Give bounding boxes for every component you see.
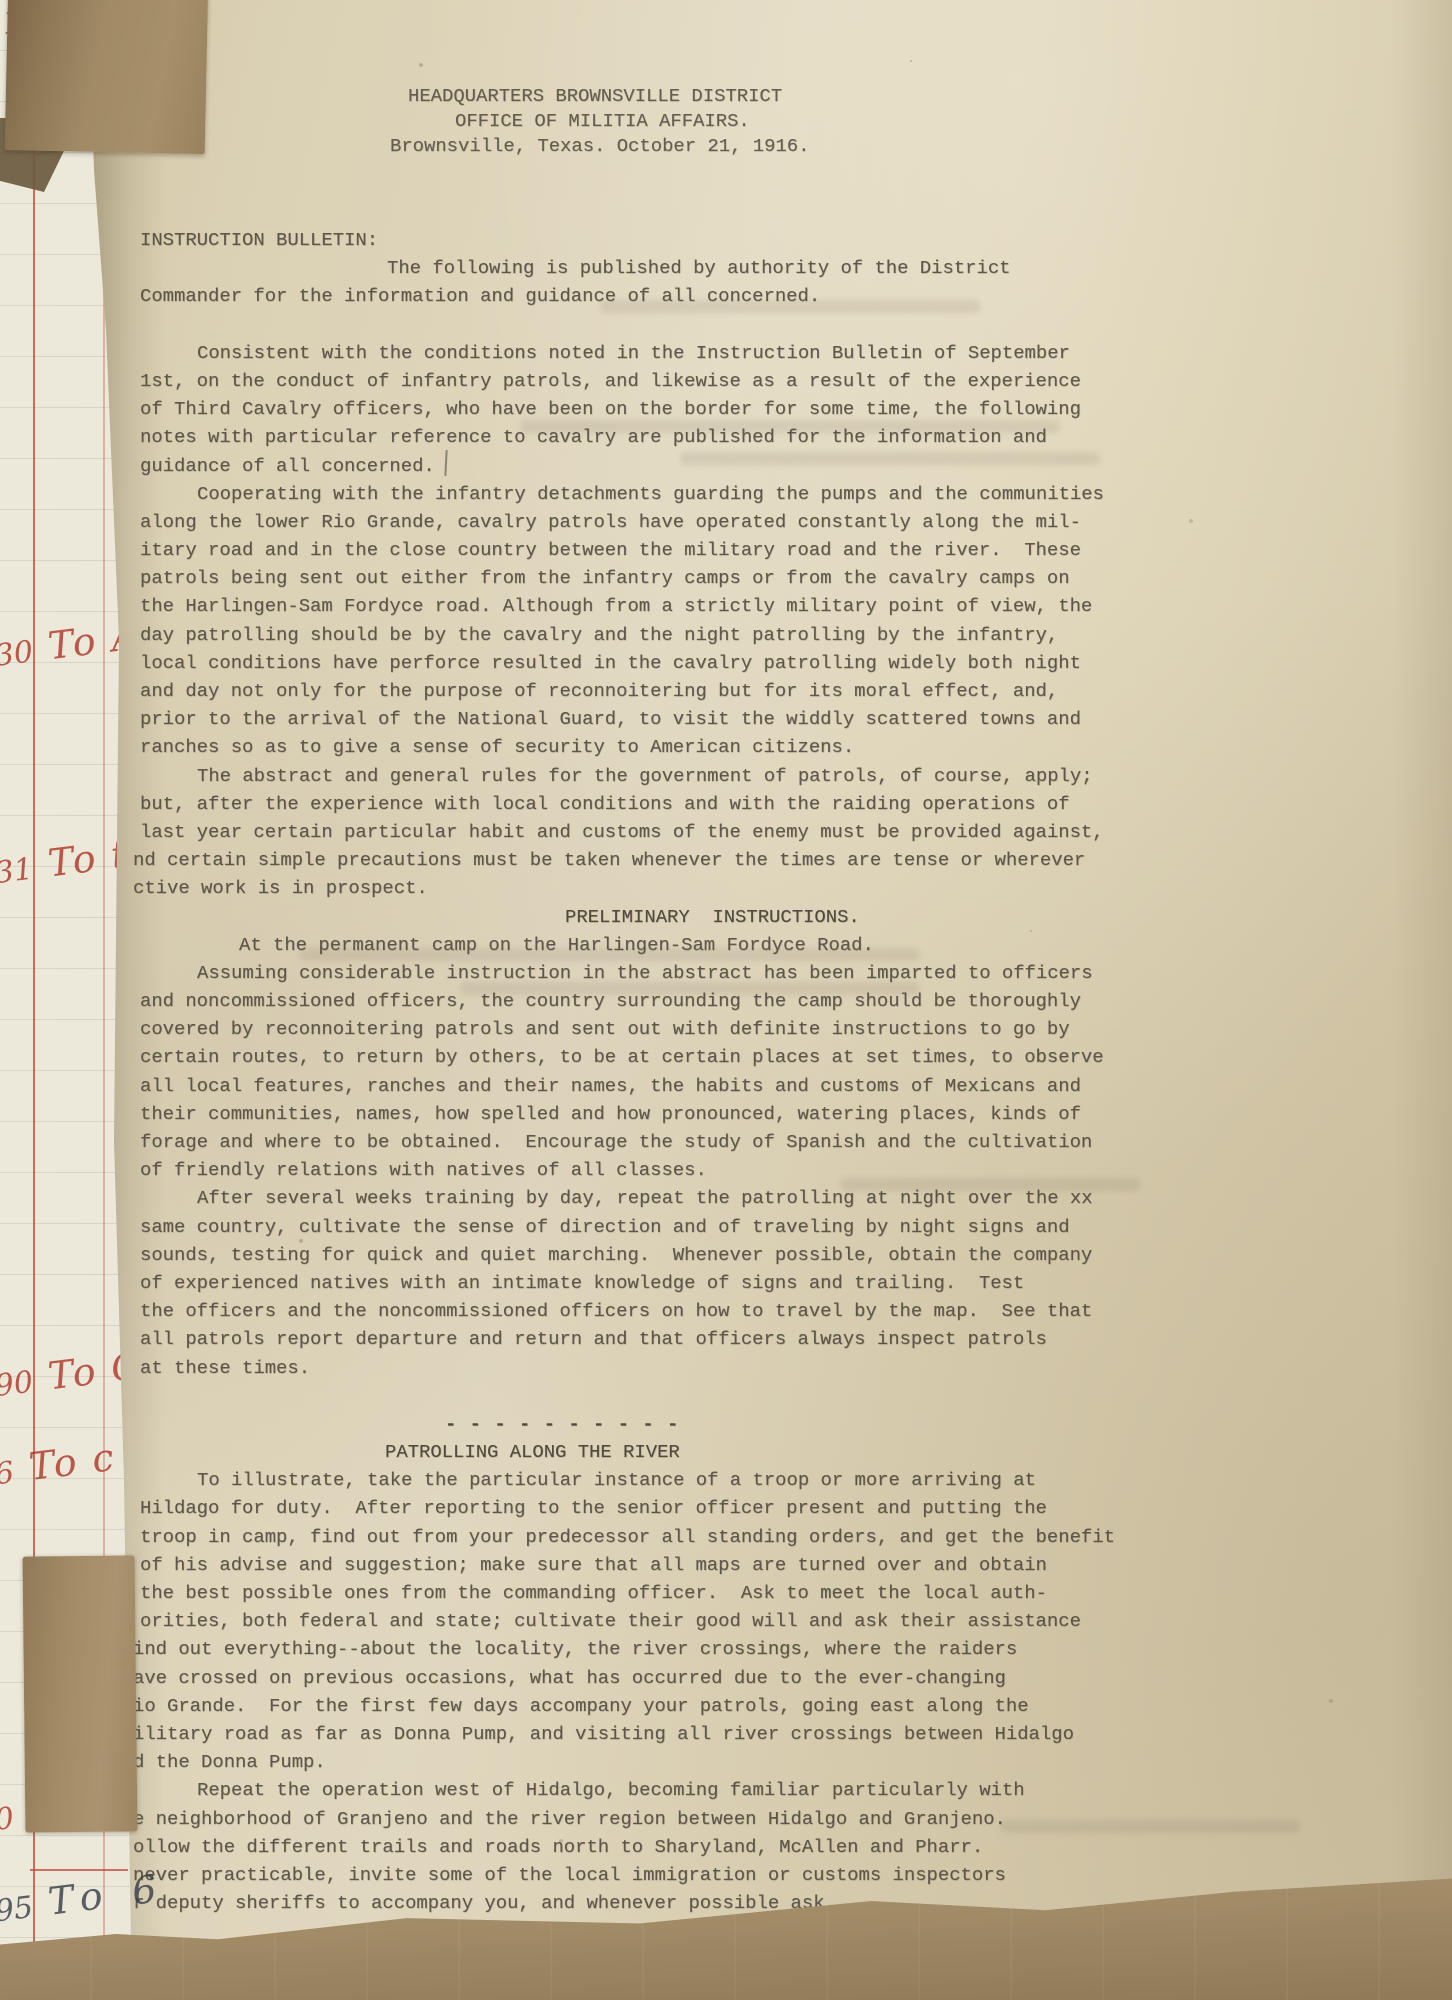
typed-line: forage and where to be obtained. Encoura… (140, 1128, 1200, 1156)
document-header: HEADQUARTERS BROWNSVILLE DISTRICT OFFICE… (140, 84, 1240, 159)
header-line-dateline: Brownsville, Texas. October 21, 1916. (140, 134, 1240, 159)
typed-line: itary road and in the close country betw… (140, 536, 1200, 564)
typed-line: day patrolling should be by the cavalry … (140, 621, 1200, 649)
typed-line: of friendly relations with natives of al… (140, 1156, 1200, 1184)
typed-line: Consistent with the conditions noted in … (140, 339, 1200, 367)
typed-line: never practicable, invite some of the lo… (133, 1861, 1200, 1889)
typed-line: notes with particular reference to caval… (140, 423, 1200, 451)
header-line-unit: HEADQUARTERS BROWNSVILLE DISTRICT (140, 84, 1240, 109)
typed-line: the Harlingen-Sam Fordyce road. Although… (140, 592, 1200, 620)
typed-line: and noncommissioned officers, the countr… (140, 987, 1200, 1015)
typed-line: ctive work is in prospect. (133, 874, 1200, 902)
typed-line: ranches so as to give a sense of securit… (140, 733, 1200, 761)
typed-line: Repeat the operation west of Hidalgo, be… (140, 1776, 1200, 1804)
typed-line: all patrols report departure and return … (140, 1325, 1200, 1353)
typed-line: patrols being sent out either from the i… (140, 564, 1200, 592)
typed-line: e neighborhood of Granjeno and the river… (133, 1805, 1200, 1833)
typed-line: guidance of all concerned. (140, 452, 1200, 480)
typed-line: PRELIMINARY INSTRUCTIONS. (140, 903, 1200, 931)
typed-line: orities, both federal and state; cultiva… (140, 1607, 1200, 1635)
typed-line: ind out everything--about the locality, … (133, 1635, 1200, 1663)
typed-line: Hildago for duty. After reporting to the… (140, 1494, 1200, 1522)
typed-line: d the Donna Pump. (133, 1748, 1200, 1776)
typed-page: HEADQUARTERS BROWNSVILLE DISTRICT OFFICE… (0, 0, 1452, 2000)
typed-line: The abstract and general rules for the g… (140, 762, 1200, 790)
typed-line: prior to the arrival of the National Gua… (140, 705, 1200, 733)
typed-line: io Grande. For the first few days accomp… (133, 1692, 1200, 1720)
typed-line: After several weeks training by day, rep… (140, 1184, 1200, 1212)
typed-line: the best possible ones from the commandi… (140, 1579, 1200, 1607)
typed-line: of his advise and suggestion; make sure … (140, 1551, 1200, 1579)
typed-line: sounds, testing for quick and quiet marc… (140, 1241, 1200, 1269)
typed-line: INSTRUCTION BULLETIN: (140, 226, 1200, 254)
typed-line: ave crossed on previous occasions, what … (133, 1664, 1200, 1692)
typed-line: along the lower Rio Grande, cavalry patr… (140, 508, 1200, 536)
typed-line: but, after the experience with local con… (140, 790, 1200, 818)
typed-line: 1st, on the conduct of infantry patrols,… (140, 367, 1200, 395)
typed-line: ilitary road as far as Donna Pump, and v… (133, 1720, 1200, 1748)
typed-line: Cooperating with the infantry detachment… (140, 480, 1200, 508)
typed-line: The following is published by authority … (140, 254, 1200, 282)
tape-patch-left-margin (23, 1555, 138, 1832)
typed-body: INSTRUCTION BULLETIN:The following is pu… (140, 226, 1200, 1917)
typed-line: certain routes, to return by others, to … (140, 1043, 1200, 1071)
typed-line: same country, cultivate the sense of dir… (140, 1213, 1200, 1241)
typed-line: nd certain simple precautions must be ta… (133, 846, 1200, 874)
typed-line: Assuming considerable instruction in the… (140, 959, 1200, 987)
typed-line: and day not only for the purpose of reco… (140, 677, 1200, 705)
typed-line: at these times. (140, 1354, 1200, 1382)
header-line-office: OFFICE OF MILITIA AFFAIRS. (140, 109, 1240, 134)
typed-line: local conditions have perforce resulted … (140, 649, 1200, 677)
ledger-red-rule-horizontal (30, 1869, 128, 1871)
tape-patch-top-left (5, 0, 208, 154)
typed-line: Commander for the information and guidan… (140, 282, 1200, 310)
typed-line: PATROLLING ALONG THE RIVER (140, 1438, 1200, 1466)
typed-line: of Third Cavalry officers, who have been… (140, 395, 1200, 423)
typed-line (140, 1382, 1200, 1410)
typed-line (140, 311, 1200, 339)
typed-line: last year certain particular habit and c… (140, 818, 1200, 846)
typed-line: ollow the different trails and roads nor… (133, 1833, 1200, 1861)
typed-line: their communities, names, how spelled an… (140, 1100, 1200, 1128)
typed-line: To illustrate, take the particular insta… (140, 1466, 1200, 1494)
typed-line: covered by reconnoitering patrols and se… (140, 1015, 1200, 1043)
typed-line: troop in camp, find out from your predec… (140, 1523, 1200, 1551)
typed-line: the officers and the noncommissioned off… (140, 1297, 1200, 1325)
typed-line: of experienced natives with an intimate … (140, 1269, 1200, 1297)
typed-line: - - - - - - - - - - (140, 1410, 1200, 1438)
typed-line: all local features, ranches and their na… (140, 1072, 1200, 1100)
typed-line: At the permanent camp on the Harlingen-S… (140, 931, 1200, 959)
